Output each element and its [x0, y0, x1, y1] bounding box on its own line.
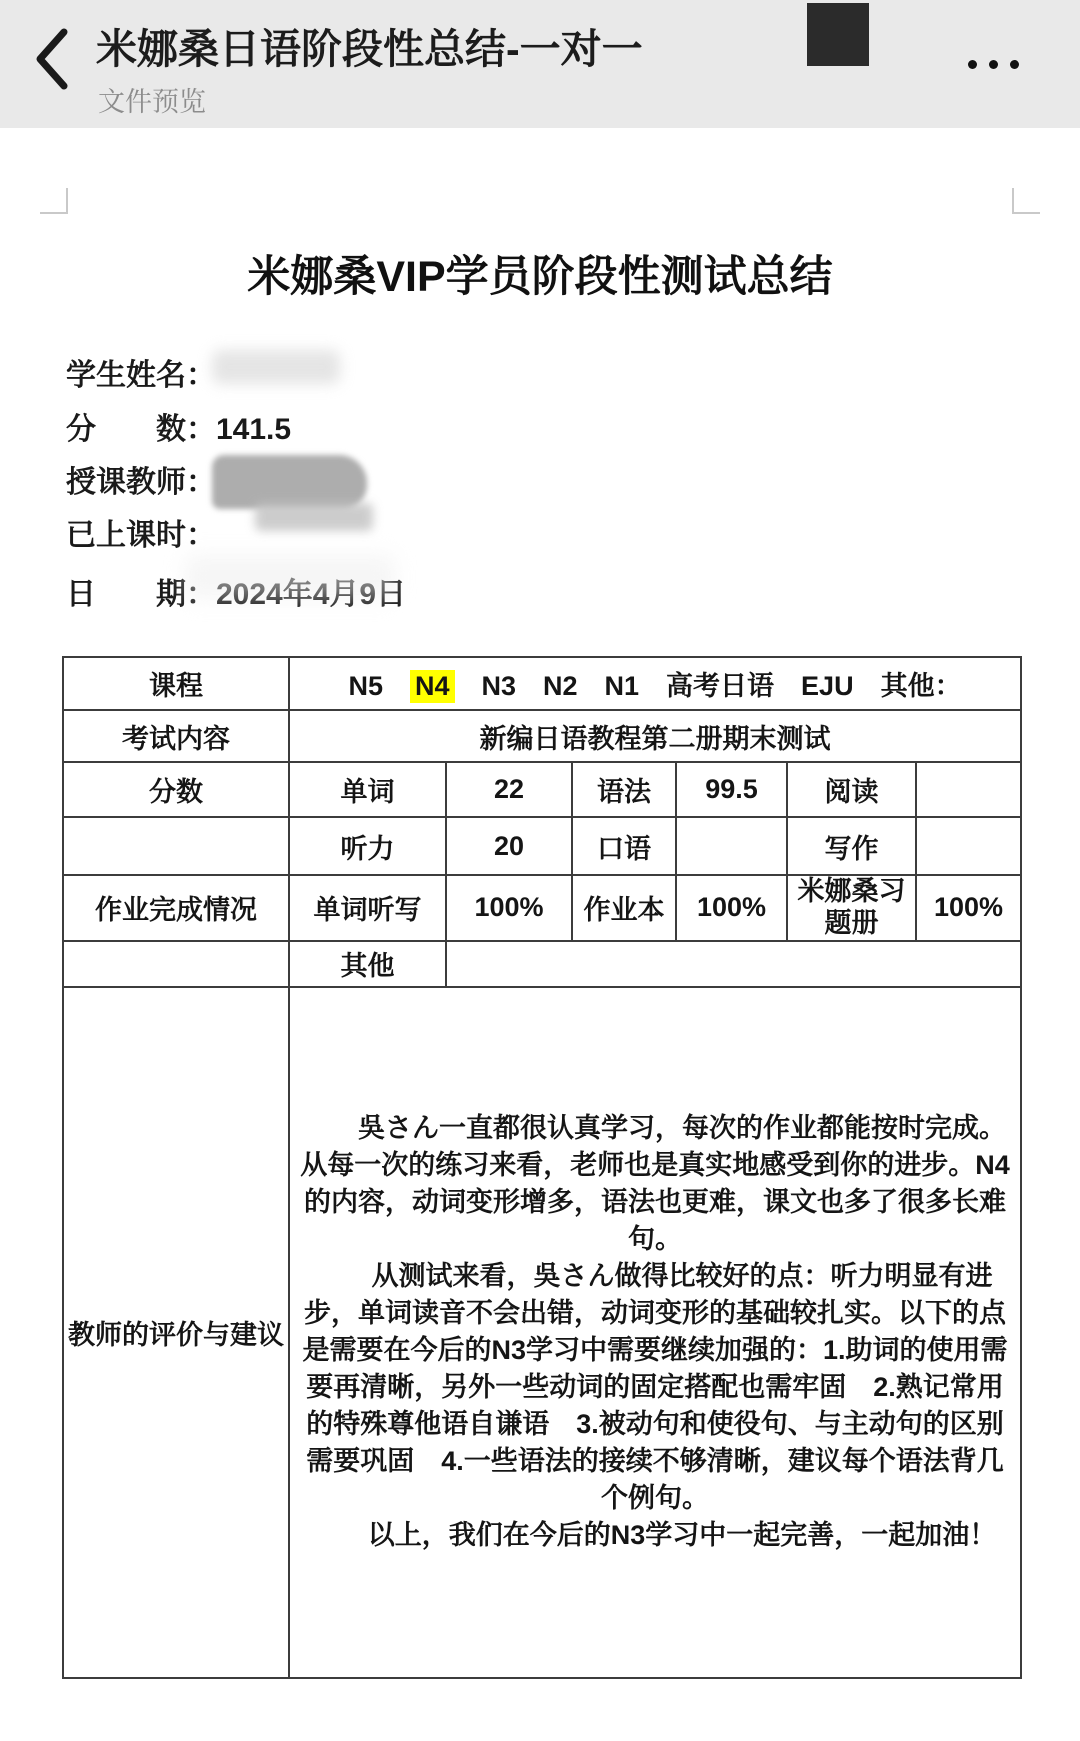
course-option: N3	[482, 671, 517, 702]
summary-table: 课程 N5 N4 N3 N2 N1 高考日语 EJU 其他： 考试内容 新编日语…	[62, 656, 1022, 1679]
score-label: 写作	[787, 817, 916, 875]
more-menu-button[interactable]	[968, 42, 1048, 86]
ellipsis-icon	[989, 60, 998, 69]
course-option: EJU	[801, 671, 854, 702]
row-header: 作业完成情况	[63, 875, 289, 941]
field-label: 日 期：	[66, 578, 216, 611]
ellipsis-icon	[968, 60, 977, 69]
table-row-homework: 作业完成情况 单词听写 100% 作业本 100% 米娜桑习题册 100%	[63, 875, 1021, 941]
field-student-name: 学生姓名：	[66, 350, 216, 390]
field-label: 已上课时：	[66, 519, 216, 552]
page-corner-left	[40, 188, 68, 214]
table-row-scores-1: 分数 单词 22 语法 99.5 阅读	[63, 762, 1021, 817]
preview-mode-label: 文件预览	[98, 80, 206, 119]
redaction-teacher	[212, 455, 367, 509]
score-value: 100%	[446, 875, 572, 941]
file-title: 米娜桑日语阶段性总结-一对一	[96, 16, 746, 70]
exam-value: 新编日语教程第二册期末测试	[289, 710, 1021, 762]
score-value: 99.5	[676, 762, 787, 817]
comment-paragraph: 以上，我们在今后的N3学习中一起完善，一起加油！	[294, 1517, 1016, 1554]
course-option: N1	[605, 671, 640, 702]
other-label: 其他	[289, 941, 446, 987]
field-value: 141.5	[216, 413, 291, 446]
course-option: N5	[348, 671, 383, 702]
course-options-cell: N5 N4 N3 N2 N1 高考日语 EJU 其他：	[289, 657, 1021, 710]
field-score: 分 数：141.5	[66, 404, 291, 444]
score-label: 阅读	[787, 762, 916, 817]
redaction-student-name	[212, 350, 340, 384]
row-header	[63, 817, 289, 875]
redaction-teacher	[255, 503, 373, 531]
score-value: 22	[446, 762, 572, 817]
redaction-box	[807, 3, 869, 66]
course-option: N2	[543, 671, 578, 702]
file-preview-screen: 米娜桑日语阶段性总结-一对一 文件预览 米娜桑VIP学员阶段性测试总结 学生姓名…	[0, 0, 1080, 1741]
field-label: 分 数：	[66, 413, 216, 446]
course-header: 课程	[63, 657, 289, 710]
table-row-teacher-comments: 教师的评价与建议 吳さん一直都很认真学习，每次的作业都能按时完成。从每一次的练习…	[63, 987, 1021, 1678]
exam-header: 考试内容	[63, 710, 289, 762]
score-label: 米娜桑习题册	[787, 875, 916, 941]
score-value: 100%	[916, 875, 1021, 941]
page-corner-right	[1012, 188, 1040, 214]
back-button[interactable]	[28, 20, 78, 98]
score-label: 听力	[289, 817, 446, 875]
score-label: 作业本	[572, 875, 676, 941]
score-value: 100%	[676, 875, 787, 941]
score-label: 语法	[572, 762, 676, 817]
score-label: 口语	[572, 817, 676, 875]
chevron-left-icon	[28, 85, 78, 102]
score-value: 20	[446, 817, 572, 875]
score-value	[676, 817, 787, 875]
top-bar: 米娜桑日语阶段性总结-一对一 文件预览	[0, 0, 1080, 128]
ellipsis-icon	[1010, 60, 1019, 69]
field-label: 授课教师：	[66, 466, 216, 499]
score-label: 单词	[289, 762, 446, 817]
table-row-course: 课程 N5 N4 N3 N2 N1 高考日语 EJU 其他：	[63, 657, 1021, 710]
comment-paragraph: 从测试来看，吳さん做得比较好的点：听力明显有进步，单词读音不会出错，动词变形的基…	[294, 1258, 1016, 1517]
course-option: 高考日语	[666, 664, 774, 703]
document-title: 米娜桑VIP学员阶段性测试总结	[0, 243, 1080, 304]
field-class-hours: 已上课时：	[66, 510, 216, 550]
row-header: 分数	[63, 762, 289, 817]
table-row-exam: 考试内容 新编日语教程第二册期末测试	[63, 710, 1021, 762]
field-value: 2024年4月9日	[216, 578, 406, 611]
field-label: 学生姓名：	[66, 359, 216, 392]
field-date: 日 期：2024年4月9日	[66, 569, 406, 609]
field-teacher: 授课教师：	[66, 457, 216, 497]
table-row-other: 其他	[63, 941, 1021, 987]
teacher-comments-header: 教师的评价与建议	[63, 987, 289, 1678]
teacher-comments-text: 吳さん一直都很认真学习，每次的作业都能按时完成。从每一次的练习来看，老师也是真实…	[289, 987, 1021, 1678]
row-header	[63, 941, 289, 987]
course-option-selected: N4	[410, 670, 455, 703]
comment-paragraph: 吳さん一直都很认真学习，每次的作业都能按时完成。从每一次的练习来看，老师也是真实…	[294, 1110, 1016, 1258]
table-row-scores-2: 听力 20 口语 写作	[63, 817, 1021, 875]
score-label: 单词听写	[289, 875, 446, 941]
score-value	[916, 762, 1021, 817]
course-option: 其他：	[881, 664, 962, 703]
other-value	[446, 941, 1021, 987]
score-value	[916, 817, 1021, 875]
